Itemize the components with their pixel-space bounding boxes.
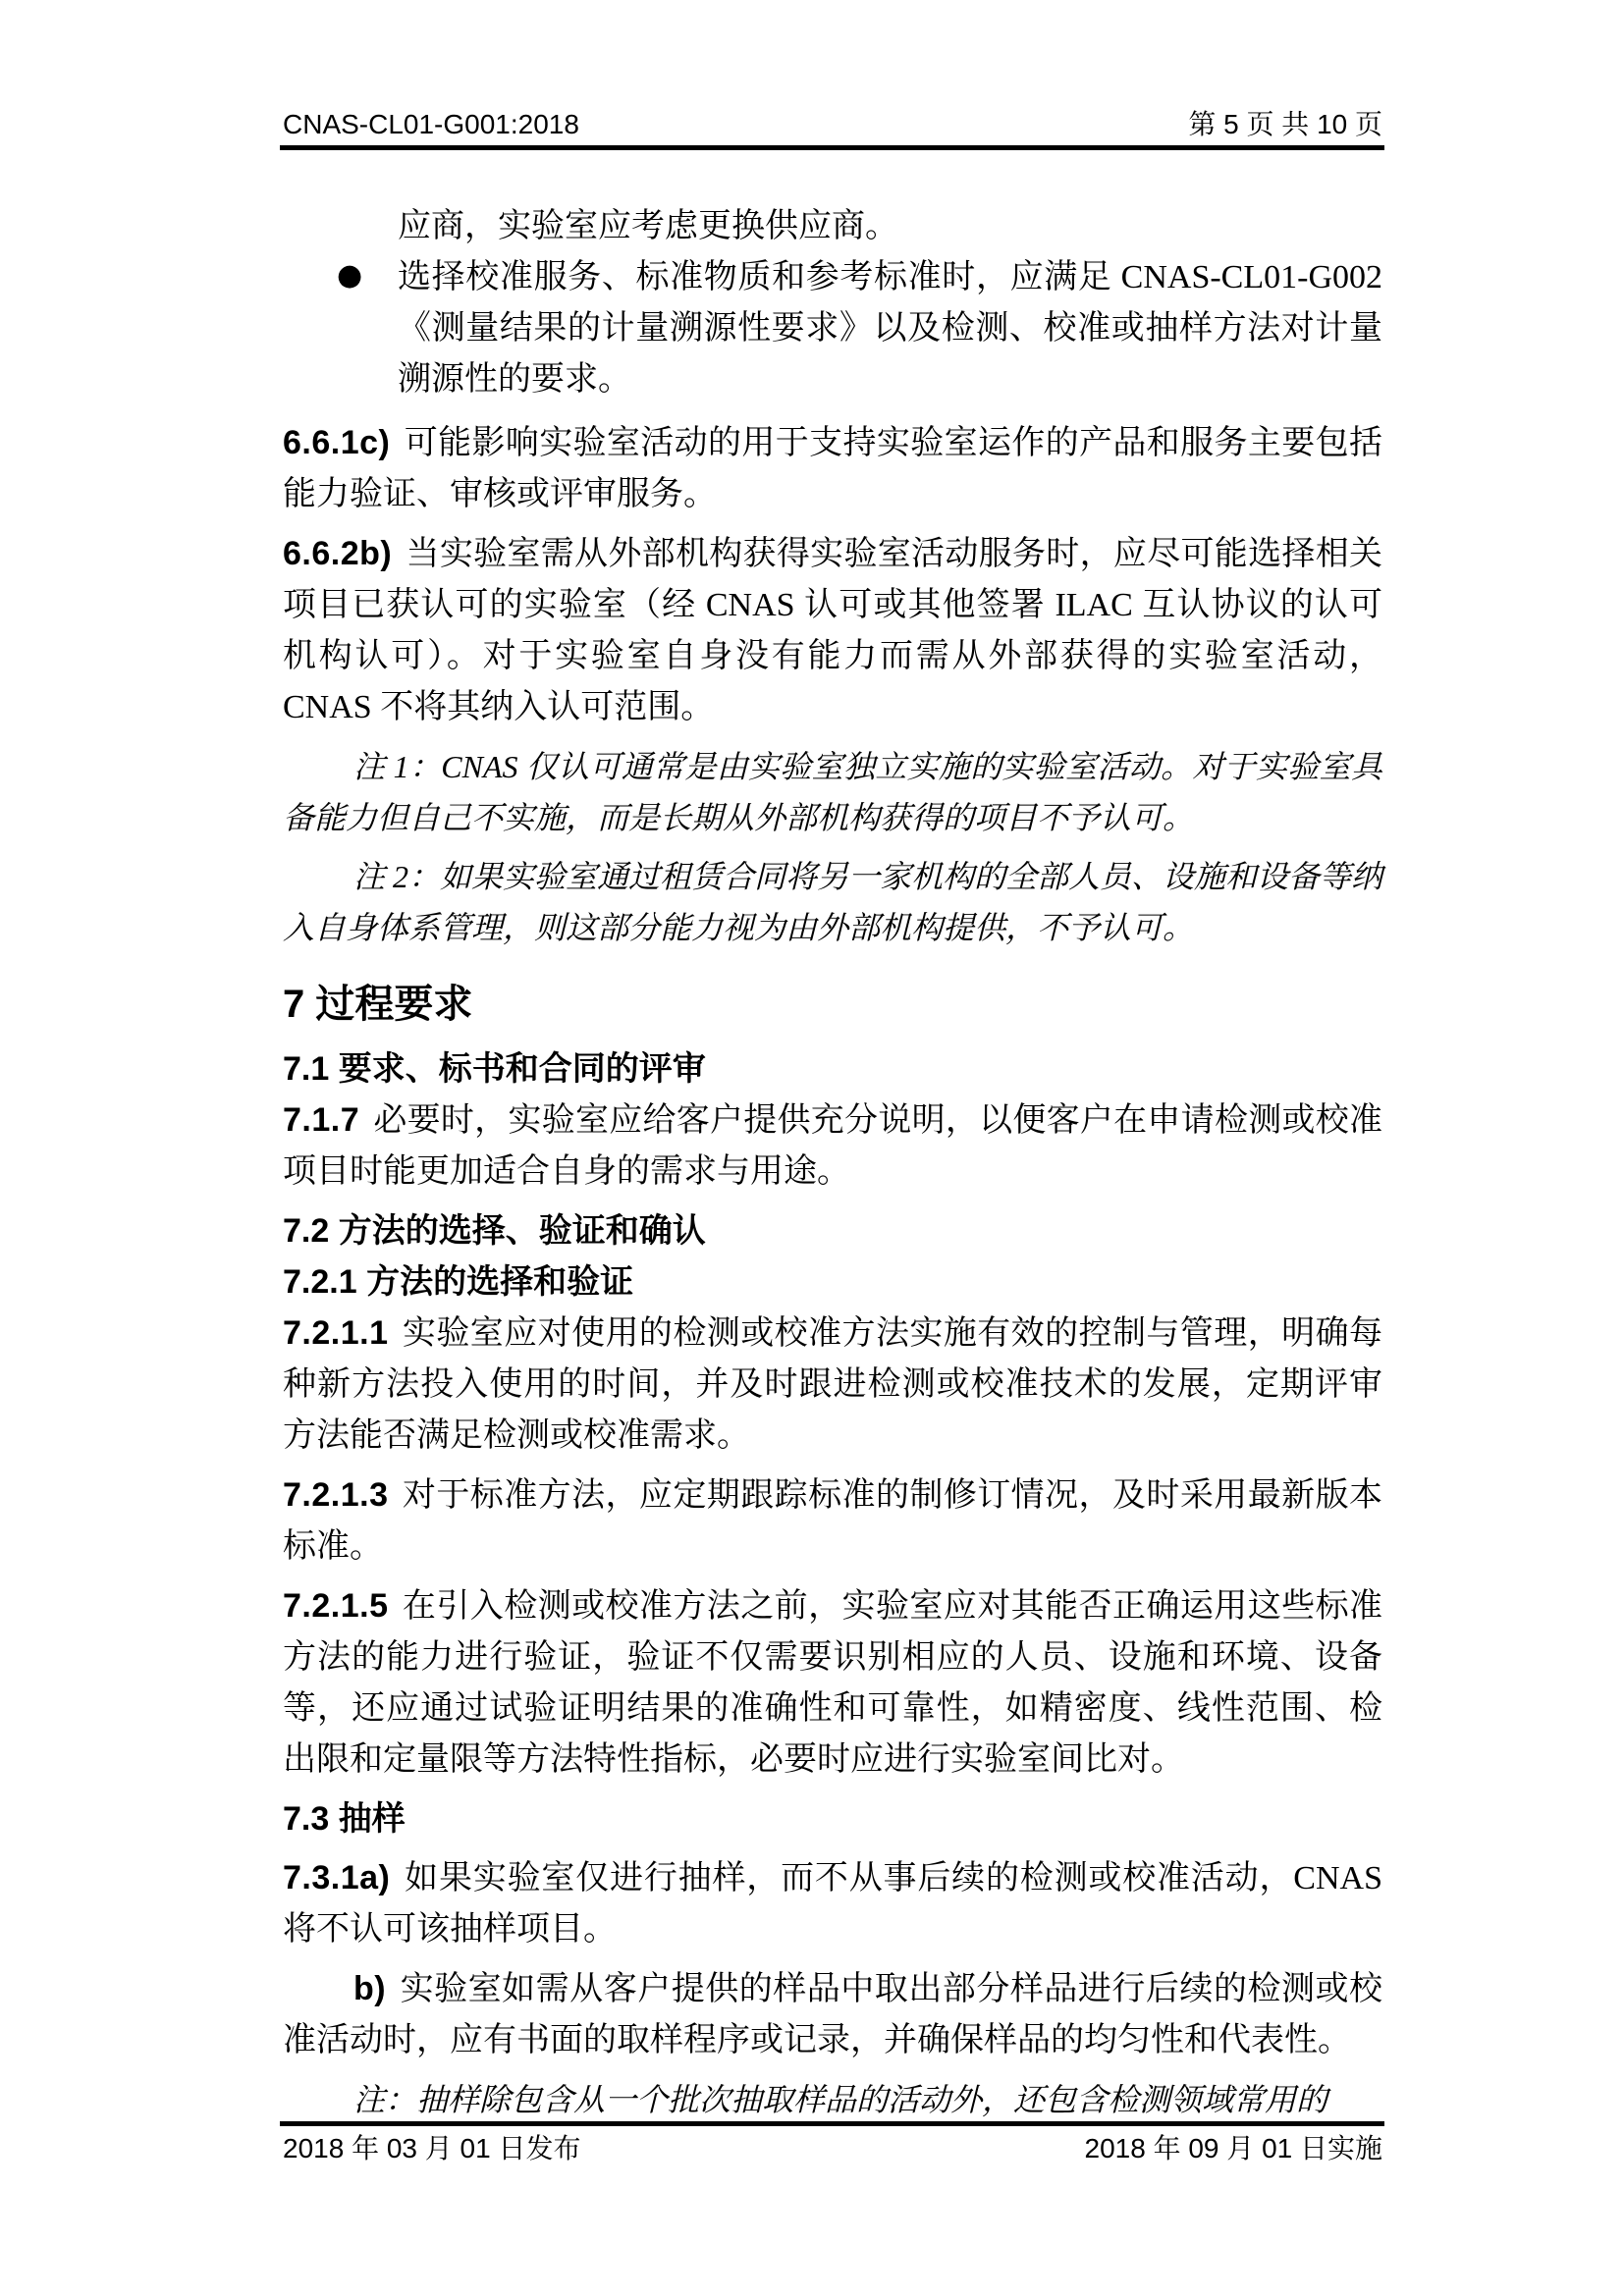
footer-rule [280, 2121, 1384, 2126]
clause-text: 如果实验室仅进行抽样，而不从事后续的检测或校准活动，CNAS 将不认可该抽样项目… [283, 1860, 1382, 1948]
clause-label: 7.3.1a) [283, 1859, 390, 1896]
clause-label: 7.1.7 [283, 1101, 359, 1139]
clause-text: 可能影响实验室活动的用于支持实验室运作的产品和服务主要包括能力验证、审核或评审服… [283, 425, 1382, 512]
clause-7-3-1b: b)实验室如需从客户提供的样品中取出部分样品进行后续的检测或校准活动时，应有书面… [283, 1963, 1382, 2066]
clause-7-2-1-3: 7.2.1.3对于标准方法，应定期跟踪标准的制修订情况，及时采用最新版本标准。 [283, 1469, 1382, 1573]
clause-7-2-1-5: 7.2.1.5在引入检测或校准方法之前，实验室应对其能否正确运用这些标准方法的能… [283, 1580, 1382, 1786]
bullet-item: ● 选择校准服务、标准物质和参考标准时，应满足 CNAS-CL01-G002《测… [283, 252, 1382, 405]
section-heading-7-1: 7.1 要求、标书和合同的评审 [283, 1043, 1382, 1095]
clause-6-6-2b: 6.6.2b)当实验室需从外部机构获得实验室活动服务时，应尽可能选择相关项目已获… [283, 528, 1382, 733]
document-body: 应商，实验室应考虑更换供应商。 ● 选择校准服务、标准物质和参考标准时，应满足 … [283, 201, 1382, 2125]
clause-7-3-1a: 7.3.1a)如果实验室仅进行抽样，而不从事后续的检测或校准活动，CNAS 将不… [283, 1852, 1382, 1955]
page-footer: 2018 年 03 月 01 日发布 2018 年 09 月 01 日实施 [283, 2132, 1382, 2165]
clause-label: b) [353, 1970, 386, 2007]
header-rule [280, 145, 1384, 150]
document-code: CNAS-CL01-G001:2018 [283, 108, 579, 141]
paragraph-continuation: 应商，实验室应考虑更换供应商。 [283, 201, 1382, 252]
clause-label: 7.2.1.3 [283, 1476, 388, 1514]
clause-text: 在引入检测或校准方法之前，实验室应对其能否正确运用这些标准方法的能力进行验证，验… [283, 1588, 1382, 1778]
clause-text: 实验室应对使用的检测或校准方法实施有效的控制与管理，明确每种新方法投入使用的时间… [283, 1315, 1382, 1454]
clause-6-6-1c: 6.6.1c)可能影响实验室活动的用于支持实验室运作的产品和服务主要包括能力验证… [283, 417, 1382, 520]
clause-label: 6.6.1c) [283, 424, 390, 461]
clause-text: 必要时，实验室应给客户提供充分说明，以便客户在申请检测或校准项目时能更加适合自身… [283, 1102, 1382, 1190]
clause-text: 当实验室需从外部机构获得实验室活动服务时，应尽可能选择相关项目已获认可的实验室（… [283, 536, 1382, 725]
bullet-text: 选择校准服务、标准物质和参考标准时，应满足 CNAS-CL01-G002《测量结… [398, 259, 1382, 398]
issue-date: 2018 年 03 月 01 日发布 [283, 2132, 580, 2165]
clause-label: 7.2.1.5 [283, 1587, 388, 1625]
note-2: 注 2：如果实验室通过租赁合同将另一家机构的全部人员、设施和设备等纳入自身体系管… [283, 851, 1382, 953]
section-heading-7-3: 7.3 抽样 [283, 1793, 1382, 1844]
section-heading-7-2: 7.2 方法的选择、验证和确认 [283, 1205, 1382, 1256]
document-page: CNAS-CL01-G001:2018 第 5 页 共 10 页 应商，实验室应… [0, 0, 1624, 2296]
implement-date: 2018 年 09 月 01 日实施 [1085, 2132, 1382, 2165]
bullet-marker-icon: ● [337, 250, 362, 301]
note-sampling: 注：抽样除包含从一个批次抽取样品的活动外，还包含检测领域常用的 [283, 2074, 1382, 2125]
clause-label: 7.2.1.1 [283, 1314, 388, 1352]
clause-text: 实验室如需从客户提供的样品中取出部分样品进行后续的检测或校准活动时，应有书面的取… [283, 1971, 1382, 2058]
clause-7-2-1-1: 7.2.1.1实验室应对使用的检测或校准方法实施有效的控制与管理，明确每种新方法… [283, 1308, 1382, 1462]
page-number: 第 5 页 共 10 页 [1188, 108, 1382, 141]
section-heading-7-2-1: 7.2.1 方法的选择和验证 [283, 1256, 1382, 1308]
clause-7-1-7: 7.1.7必要时，实验室应给客户提供充分说明，以便客户在申请检测或校准项目时能更… [283, 1095, 1382, 1198]
section-heading-7: 7 过程要求 [283, 975, 1382, 1034]
clause-text: 对于标准方法，应定期跟踪标准的制修订情况，及时采用最新版本标准。 [283, 1477, 1382, 1565]
note-1: 注 1：CNAS 仅认可通常是由实验室独立实施的实验室活动。对于实验室具备能力但… [283, 741, 1382, 843]
page-header: CNAS-CL01-G001:2018 第 5 页 共 10 页 [283, 108, 1382, 141]
clause-label: 6.6.2b) [283, 535, 392, 572]
